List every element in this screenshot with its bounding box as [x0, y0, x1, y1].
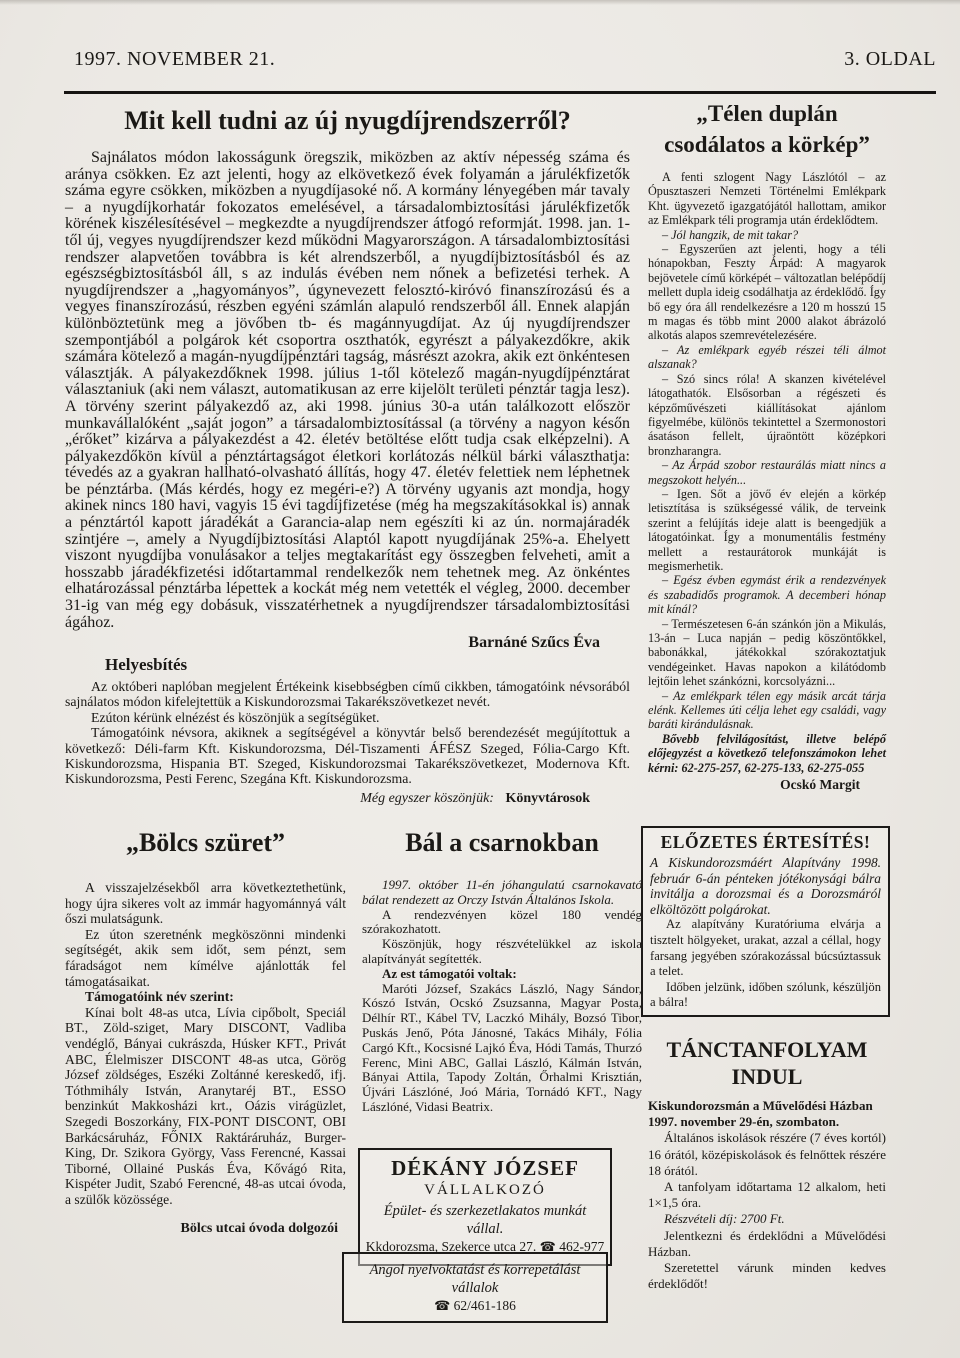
interview-byline: Ocskó Margit [648, 777, 886, 793]
page-header-date: 1997. NOVEMBER 21. [74, 48, 275, 71]
article-lead: 1997. október 11-én jóhangulatú csarnoka… [362, 878, 642, 908]
ad-dekany-jozsef: DÉKÁNY JÓZSEF VÁLLALKOZÓ Épület- és szer… [358, 1148, 612, 1266]
interview-intro: A fenti szlogent Nagy Lászlótól – az Ópu… [648, 170, 886, 228]
dance-paragraph: Általános iskolások részére (7 éves kort… [648, 1130, 886, 1179]
supporters-list: Maróti József, Szakács László, Nagy Sánd… [362, 982, 642, 1115]
interview-answer: – Igen. Sőt a jövő év elején a körkép le… [648, 487, 886, 573]
dance-fee: Részvételi díj: 2700 Ft. [648, 1211, 886, 1227]
main-article-title: Mit kell tudni az új nyugdíjrendszerről? [65, 106, 630, 136]
ad-service-line: Épület- és szerkezetlakatos munkát válla… [364, 1202, 606, 1238]
ad-service-line: Angol nyelvoktatást és korrepetálást vál… [346, 1261, 604, 1297]
article-paragraph: A visszajelzésekből arra következtethetü… [65, 880, 346, 927]
ad-contact-line: ☎ 62/461-186 [346, 1297, 604, 1315]
dance-venue: Kiskundorozsmán a Művelődési Házban [648, 1098, 886, 1114]
interview-question: – Jól hangzik, de mit takar? [648, 228, 886, 242]
interview-title-line1: „Télen duplán [648, 98, 886, 129]
interview-question: – Az emlékpark télen egy másik arcát tár… [648, 689, 886, 732]
main-article-byline: Barnáné Szűcs Éva [65, 634, 630, 652]
phone-icon: ☎ [434, 1299, 450, 1314]
correction-heading: Helyesbítés [65, 655, 630, 675]
interview-question: – Az Árpád szobor restaurálás miatt ninc… [648, 458, 886, 487]
interview-title: „Télen duplán csodálatos a körkép” [648, 98, 886, 160]
advance-notice-title: ELŐZETES ÉRTESÍTÉS! [650, 832, 881, 853]
bal-a-csarnokban-article: Bál a csarnokban 1997. október 11-én jóh… [362, 828, 642, 1115]
correction-signature: Könyvtárosok [505, 791, 590, 806]
interview-article: „Télen duplán csodálatos a körkép” A fen… [648, 98, 886, 793]
correction-paragraph: Támogatóink névsora, akiknek a segítségé… [65, 725, 630, 787]
ad-english-lessons: Angol nyelvoktatást és korrepetálást vál… [342, 1252, 608, 1323]
interview-answer: – Szó sincs róla! A skanzen kivételével … [648, 372, 886, 458]
dance-paragraph: A tanfolyam időtartama 12 alkalom, heti … [648, 1179, 886, 1211]
main-article-body: Sajnálatos módon lakosságunk öregszik, m… [65, 150, 630, 631]
notice-paragraph: Időben jelzünk, időben szólunk, készüljö… [650, 980, 881, 1011]
dance-course-title: TÁNCTANFOLYAM INDUL [648, 1036, 886, 1090]
advance-notice-box: ELŐZETES ÉRTESÍTÉS! A Kiskundorozsmáért … [641, 826, 890, 1017]
supporters-heading: Támogatóink név szerint: [65, 989, 346, 1005]
correction-closing: Még egyszer köszönjük: Könyvtárosok [65, 791, 630, 807]
correction-paragraph: Ezúton kérünk elnézést és köszönjük a se… [65, 710, 630, 725]
ad-business-name: DÉKÁNY JÓZSEF [364, 1156, 606, 1181]
bolcs-szuret-title: „Bölcs szüret” [65, 828, 346, 858]
page-edge-top [0, 0, 960, 5]
dance-date: 1997. november 29-én, szombaton. [648, 1114, 886, 1130]
page-number: 3. OLDAL [640, 48, 936, 71]
ad-business-role: VÁLLALKOZÓ [364, 1181, 606, 1200]
ad-phone-number: 62/461-186 [454, 1298, 516, 1313]
correction-section: Helyesbítés Az októberi naplóban megjele… [65, 655, 630, 807]
bolcs-szuret-byline: Bölcs utcai óvoda dolgozói [65, 1221, 346, 1237]
newspaper-page: 1997. NOVEMBER 21. 3. OLDAL Mit kell tud… [0, 0, 960, 1358]
supporters-list: Kínai bolt 48-as utca, Lívia cipőbolt, S… [65, 1005, 346, 1208]
correction-closing-phrase: Még egyszer köszönjük: [360, 791, 494, 806]
bolcs-szuret-article: „Bölcs szüret” A visszajelzésekből arra … [65, 828, 346, 1237]
dance-paragraph: Szeretettel várunk minden kedves érdeklő… [648, 1260, 886, 1292]
dance-paragraph: Jelentkezni és érdeklődni a Művelődési H… [648, 1228, 886, 1260]
dance-title-line1: TÁNCTANFOLYAM [648, 1036, 886, 1063]
interview-answer: – Természetesen 6-án szánkón jön a Mikul… [648, 617, 886, 689]
article-paragraph: A rendezvényen közel 180 vendég szórakoz… [362, 908, 642, 938]
interview-answer: – Egyszerűen azt jelenti, hogy a téli hó… [648, 242, 886, 343]
notice-paragraph: Az alapítvány Kuratóriuma elvárja a tisz… [650, 917, 881, 979]
interview-question: – Egész évben egymást érik a rendezvénye… [648, 573, 886, 616]
main-article: Mit kell tudni az új nyugdíjrendszerről?… [65, 106, 630, 652]
interview-closing-info: Bővebb felvilágosítást, illetve belépő e… [648, 732, 886, 775]
bal-a-csarnokban-title: Bál a csarnokban [362, 828, 642, 858]
correction-paragraph: Az októberi naplóban megjelent Értékeink… [65, 679, 630, 710]
interview-title-line2: csodálatos a körkép” [648, 129, 886, 160]
dance-title-line2: INDUL [648, 1063, 886, 1090]
notice-lead: A Kiskundorozsmáért Alapítvány 1998. feb… [650, 855, 881, 917]
article-paragraph: Ez úton szeretnénk megköszönni mindenki … [65, 927, 346, 989]
header-rule [64, 91, 936, 94]
supporters-heading: Az est támogatói voltak: [362, 967, 642, 982]
dance-course-announcement: TÁNCTANFOLYAM INDUL Kiskundorozsmán a Mű… [648, 1036, 886, 1292]
article-paragraph: Köszönjük, hogy részvételükkel az iskola… [362, 937, 642, 967]
interview-question: – Az emlékpark egyéb részei téli álmot a… [648, 343, 886, 372]
